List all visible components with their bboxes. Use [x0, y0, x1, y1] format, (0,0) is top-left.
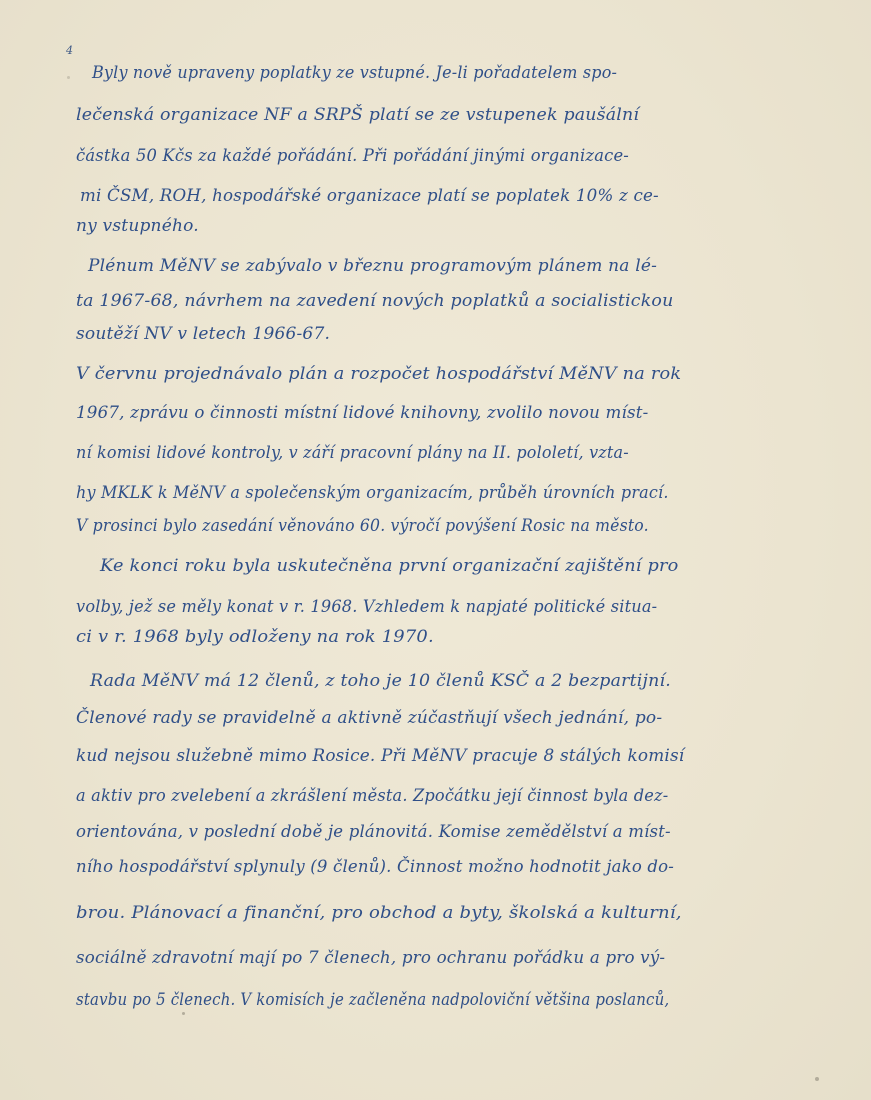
- text-line: ního hospodářství splynuly (9 členů). Či…: [76, 857, 674, 877]
- text-line: hy MKLK k MěNV a společenským organizací…: [76, 483, 669, 503]
- paper-speck: [67, 76, 70, 79]
- paper-speck: [815, 1077, 819, 1081]
- text-line: 1967, zprávu o činnosti místní lidové kn…: [76, 403, 648, 423]
- text-line: lečenská organizace NF a SRPŠ platí se z…: [76, 105, 639, 125]
- page-number: 4: [66, 44, 73, 57]
- text-line: ní komisi lidové kontroly, v září pracov…: [76, 443, 629, 463]
- text-line: ci v r. 1968 byly odloženy na rok 1970.: [76, 627, 434, 647]
- text-line: a aktiv pro zvelebení a zkrášlení města.…: [76, 786, 668, 806]
- text-line: ny vstupného.: [76, 216, 199, 236]
- text-line: částka 50 Kčs za každé pořádání. Při poř…: [76, 146, 629, 166]
- text-line: V červnu projednávalo plán a rozpočet ho…: [76, 364, 681, 384]
- text-line: Ke konci roku byla uskutečněna první org…: [100, 556, 679, 576]
- text-line: brou. Plánovací a finanční, pro obchod a…: [76, 903, 682, 923]
- text-line: mi ČSM, ROH, hospodářské organizace plat…: [80, 186, 659, 206]
- text-line: Rada MěNV má 12 členů, z toho je 10 člen…: [90, 671, 671, 691]
- paper-speck: [182, 1012, 185, 1015]
- text-line: orientována, v poslední době je plánovit…: [76, 822, 671, 842]
- handwritten-page: 4 Byly nově upraveny poplatky ze vstupné…: [0, 0, 871, 1100]
- text-line: sociálně zdravotní mají po 7 členech, pr…: [76, 948, 665, 968]
- text-line: stavbu po 5 členech. V komisích je začle…: [76, 990, 669, 1010]
- text-line: ta 1967-68, návrhem na zavedení nových p…: [76, 291, 673, 311]
- text-line: kud nejsou služebně mimo Rosice. Při MěN…: [76, 746, 684, 766]
- text-line: soutěží NV v letech 1966-67.: [76, 324, 330, 344]
- text-line: Plénum MěNV se zabývalo v březnu program…: [88, 256, 657, 276]
- text-line: Členové rady se pravidelně a aktivně zúč…: [76, 708, 662, 728]
- text-line: volby, jež se měly konat v r. 1968. Vzhl…: [76, 597, 657, 617]
- text-line: Byly nově upraveny poplatky ze vstupné. …: [92, 63, 617, 83]
- text-line: V prosinci bylo zasedání věnováno 60. vý…: [76, 516, 649, 536]
